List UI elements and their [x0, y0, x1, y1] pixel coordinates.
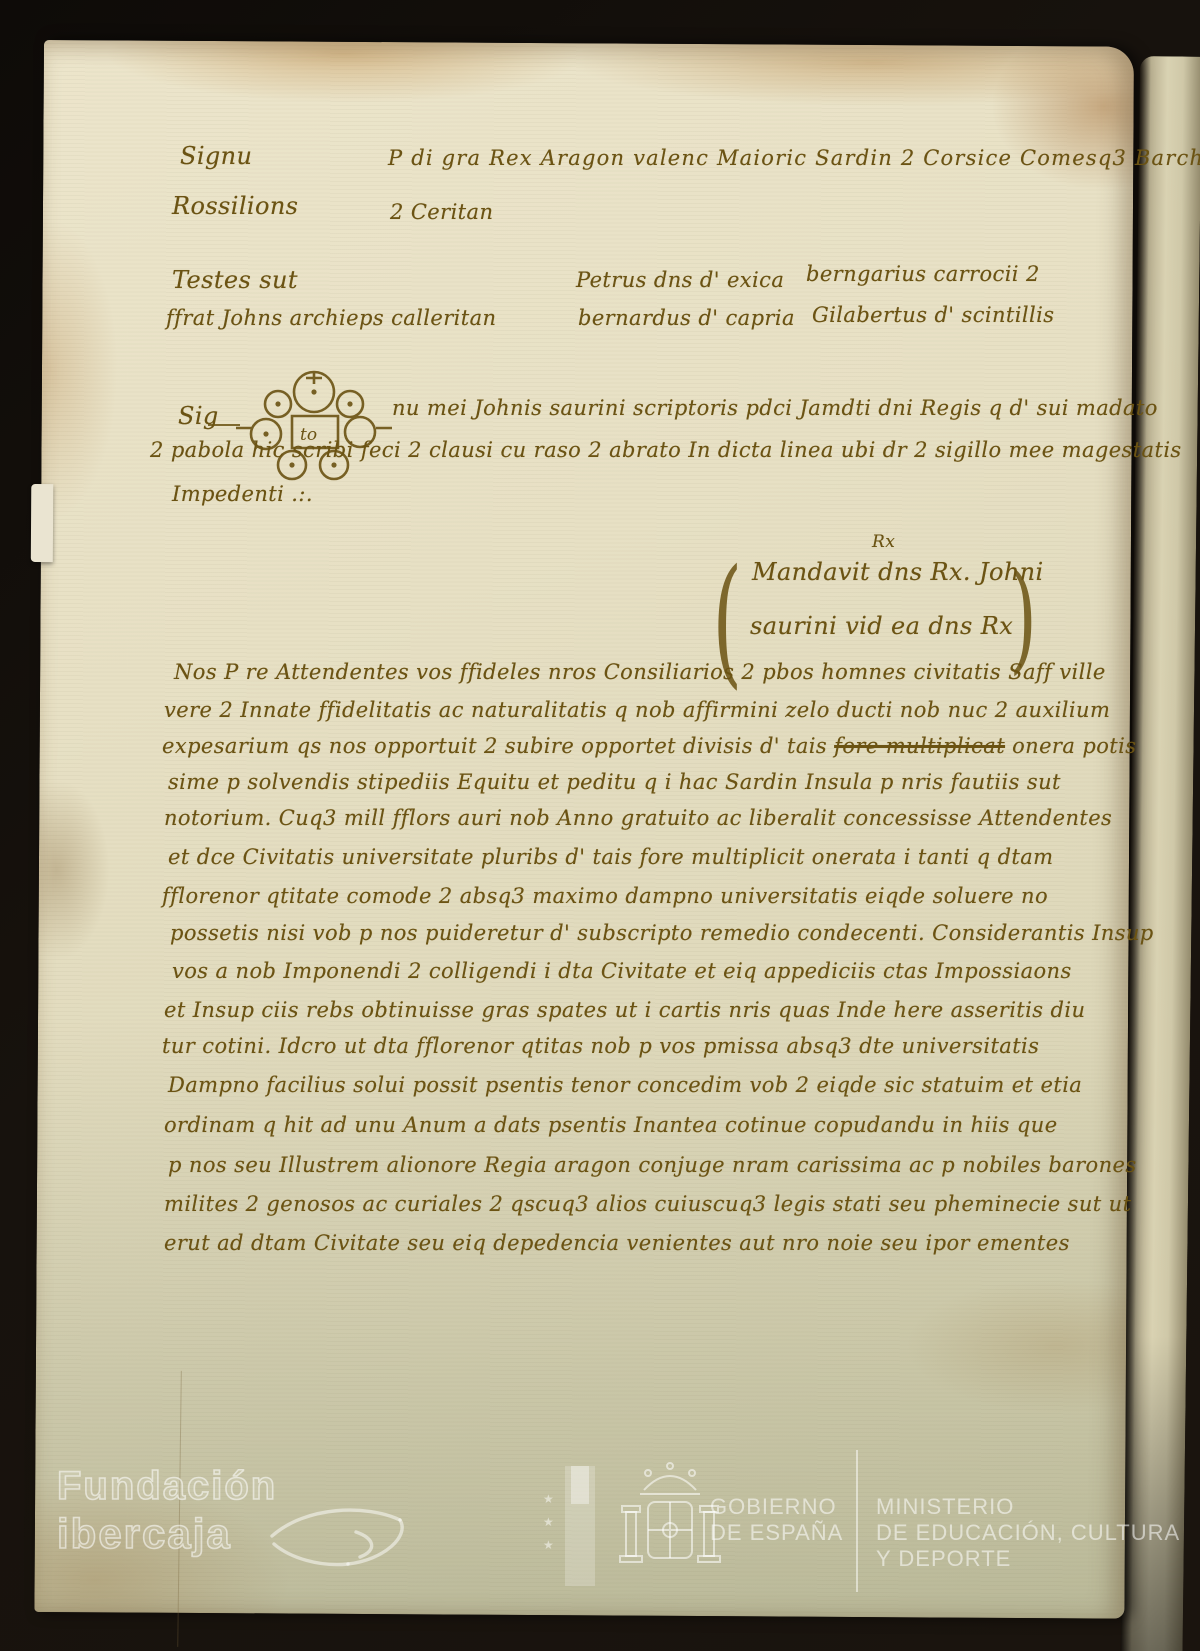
left-edge-repair-tab [31, 484, 53, 562]
ministerio-label-line3: Y DEPORTE [876, 1546, 1011, 1572]
ibercaja-wordmark-line1: Fundación [57, 1464, 277, 1509]
signum-note-line1: Signu [180, 142, 252, 170]
charter-text-line: milites 2 genosos ac curiales 2 qscuq3 a… [164, 1192, 1131, 1216]
notarial-line2: 2 pabola hic scribi feci 2 clausi cu ras… [150, 438, 1182, 462]
ministerio-label-line2: DE EDUCACIÓN, CULTURA [876, 1520, 1180, 1546]
charter-text-segment: expesarium qs nos opportuit 2 subire opp… [162, 734, 834, 758]
notarial-sign-icon: to [236, 368, 392, 486]
notarial-line3: Impedenti .:. [172, 482, 313, 506]
charter-text-segment: onera potis [1005, 734, 1136, 758]
notarial-line1: nu mei Johnis saurini scriptoris pdci Ja… [392, 396, 1158, 420]
charter-text-line: notorium. Cuq3 mill fflors auri nob Anno… [164, 806, 1112, 830]
charter-text-line: ordinam q hit ad unu Anum a dats psentis… [164, 1113, 1058, 1137]
gobierno-label-line1: GOBIERNO [710, 1494, 837, 1520]
flag-star: ★ [543, 1492, 554, 1506]
flag-star: ★ [543, 1538, 554, 1552]
witness-col2-line1: Petrus dns d' exica [576, 268, 784, 292]
signum-note-line2: Rossilions [172, 192, 298, 220]
chancery-note-line2: saurini vid ea dns Rx [750, 612, 1013, 640]
manuscript-photo: Signu Rossilions P di gra Rex Aragon val… [0, 0, 1200, 1651]
charter-text-line: p nos seu Illustrem alionore Regia arago… [168, 1153, 1137, 1177]
witness-col3-line2: Gilabertus d' scintillis [812, 303, 1054, 327]
charter-text-line: et dce Civitatis universitate pluribs d'… [168, 845, 1053, 869]
charter-text-line: et Insup ciis rebs obtinuisse gras spate… [164, 998, 1085, 1022]
charter-text-line: Nos P re Attendentes vos ffideles nros C… [174, 660, 1106, 684]
chancery-note-line1: Mandavit dns Rx. Johni [752, 558, 1044, 586]
charter-text-line: tur cotini. Idcro ut dta fflorenor qtita… [162, 1034, 1039, 1058]
ministerio-label-line1: MINISTERIO [876, 1494, 1014, 1520]
charter-text-line: fflorenor qtitate comode 2 absq3 maximo … [162, 884, 1048, 908]
spain-flag-icon [565, 1466, 595, 1586]
gobierno-label-line2: DE ESPAÑA [710, 1520, 843, 1546]
charter-text-line: Dampno facilius solui possit psentis ten… [168, 1073, 1082, 1097]
witness-col1-line2: ffrat Johns archieps calleritan [166, 306, 496, 330]
witness-col2-line2: bernardus d' capria [578, 306, 795, 330]
flag-star: ★ [543, 1515, 554, 1529]
charter-text-line: vere 2 Innate ffidelitatis ac naturalita… [164, 698, 1110, 722]
chancery-superscript: Rx [872, 532, 895, 552]
charter-text-line: vos a nob Imponendi 2 colligendi i dta C… [172, 959, 1072, 983]
watermark-divider [856, 1450, 858, 1592]
charter-text-line: sime p solvendis stipediis Equitu et ped… [168, 770, 1061, 794]
royal-intitulatio-line2: 2 Ceritan [390, 200, 493, 224]
struck-text: fore multiplicat [834, 734, 1005, 758]
royal-intitulatio-line1: P di gra Rex Aragon valenc Maioric Sardi… [388, 146, 1200, 170]
ibercaja-swoosh-icon [262, 1494, 410, 1582]
charter-text-line: expesarium qs nos opportuit 2 subire opp… [162, 734, 1136, 758]
charter-text-line: erut ad dtam Civitate seu eiq depedencia… [164, 1231, 1070, 1255]
witness-col3-line1: berngarius carrocii 2 [806, 262, 1040, 286]
ibercaja-wordmark-line2: ibercaja [57, 1510, 232, 1558]
witness-heading: Testes sut [172, 266, 298, 294]
charter-text-line: possetis nisi vob p nos puideretur d' su… [170, 921, 1154, 945]
